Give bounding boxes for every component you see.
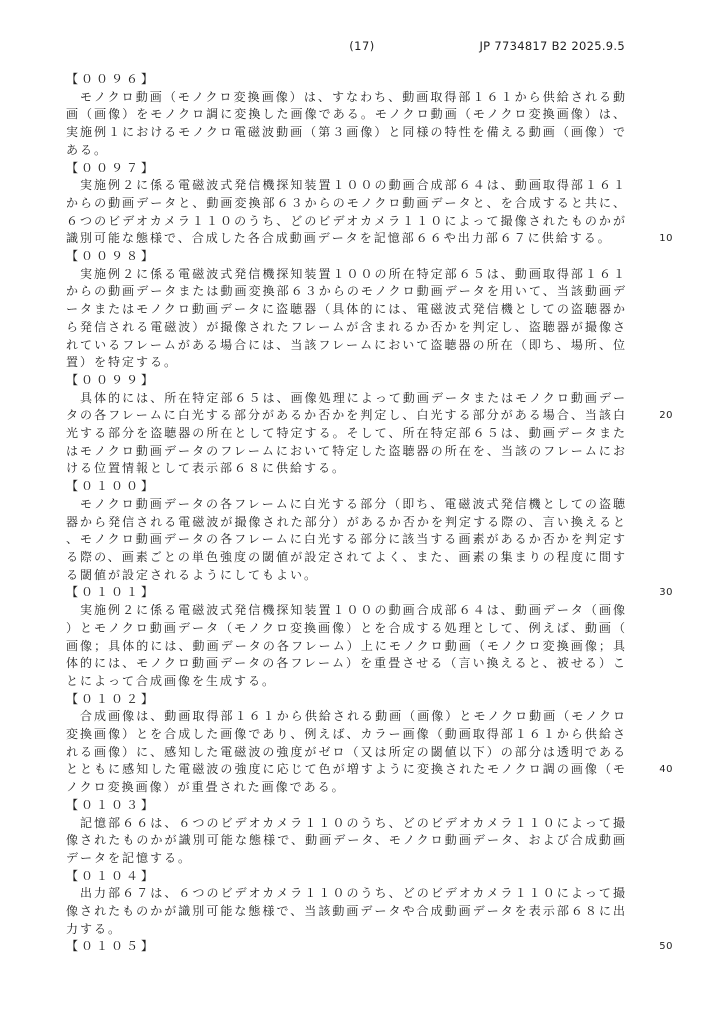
paragraph-marker: 【０１０１】 [66, 584, 627, 602]
paragraph-marker: 【０１０４】 [66, 868, 627, 886]
line-number: 50 [640, 938, 673, 956]
paragraph: 【００９８】 実施例２に係る電磁波式発信機探知装置１００の所在特定部６５は、動画… [66, 248, 627, 372]
paragraph-marker: 【０１００】 [66, 478, 627, 496]
document-body: 【００９６】 モノクロ動画（モノクロ変換画像）は、すなわち、動画取得部１６１から… [66, 71, 627, 956]
paragraph: 【０１０４】 出力部６７は、６つのビデオカメラ１１０のうち、どのビデオカメラ１１… [66, 868, 627, 939]
line-number: 30 [640, 584, 673, 602]
paragraph-text: 具体的には、所在特定部６５は、画像処理によって動画データまたはモノクロ動画データ… [66, 390, 627, 479]
paragraph-marker: 【００９８】 [66, 248, 627, 266]
paragraph-marker: 【０１０２】 [66, 691, 627, 709]
paragraph-marker: 【００９６】 [66, 71, 627, 89]
line-number-column: 10 20 30 40 50 [640, 0, 673, 1024]
paragraph-marker: 【００９７】 [66, 160, 627, 178]
paragraph-text: 合成画像は、動画取得部１６１から供給される動画（画像）とモノクロ動画（モノクロ変… [66, 708, 627, 797]
paragraph-marker: 【０１０３】 [66, 797, 627, 815]
line-number: 40 [640, 761, 673, 779]
paragraph: 【０１００】 モノクロ動画データの各フレームに白光する部分（即ち、電磁波式発信機… [66, 478, 627, 584]
paragraph: 【０１０２】 合成画像は、動画取得部１６１から供給される動画（画像）とモノクロ動… [66, 691, 627, 797]
paragraph: 【０１０３】 記憶部６６は、６つのビデオカメラ１１０のうち、どのビデオカメラ１１… [66, 797, 627, 868]
paragraph-text: 実施例２に係る電磁波式発信機探知装置１００の動画合成部６４は、動画データ（画像）… [66, 602, 627, 691]
publication-number: JP 7734817 B2 2025.9.5 [479, 38, 625, 54]
paragraph: 【０１０５】 [66, 938, 627, 956]
paragraph-marker: 【００９９】 [66, 372, 627, 390]
paragraph-text: 記憶部６６は、６つのビデオカメラ１１０のうち、どのビデオカメラ１１０によって撮像… [66, 815, 627, 868]
paragraph: 【０１０１】 実施例２に係る電磁波式発信機探知装置１００の動画合成部６４は、動画… [66, 584, 627, 690]
paragraph-text: 実施例２に係る電磁波式発信機探知装置１００の動画合成部６４は、動画取得部１６１か… [66, 177, 627, 248]
paragraph-text: モノクロ動画データの各フレームに白光する部分（即ち、電磁波式発信機としての盗聴器… [66, 496, 627, 585]
paragraph: 【００９７】 実施例２に係る電磁波式発信機探知装置１００の動画合成部６４は、動画… [66, 160, 627, 249]
paragraph-text: 出力部６７は、６つのビデオカメラ１１０のうち、どのビデオカメラ１１０によって撮像… [66, 885, 627, 938]
paragraph: 【００９９】 具体的には、所在特定部６５は、画像処理によって動画データまたはモノ… [66, 372, 627, 478]
page-header: (17) JP 7734817 B2 2025.9.5 [0, 38, 724, 54]
paragraph: 【００９６】 モノクロ動画（モノクロ変換画像）は、すなわち、動画取得部１６１から… [66, 71, 627, 160]
paragraph-text: モノクロ動画（モノクロ変換画像）は、すなわち、動画取得部１６１から供給される動画… [66, 89, 627, 160]
paragraph-marker: 【０１０５】 [66, 938, 627, 956]
line-number: 20 [640, 407, 673, 425]
paragraph-text: 実施例２に係る電磁波式発信機探知装置１００の所在特定部６５は、動画取得部１６１か… [66, 266, 627, 372]
patent-document-page: (17) JP 7734817 B2 2025.9.5 【００９６】 モノクロ動… [0, 0, 724, 1024]
line-number: 10 [640, 230, 673, 248]
